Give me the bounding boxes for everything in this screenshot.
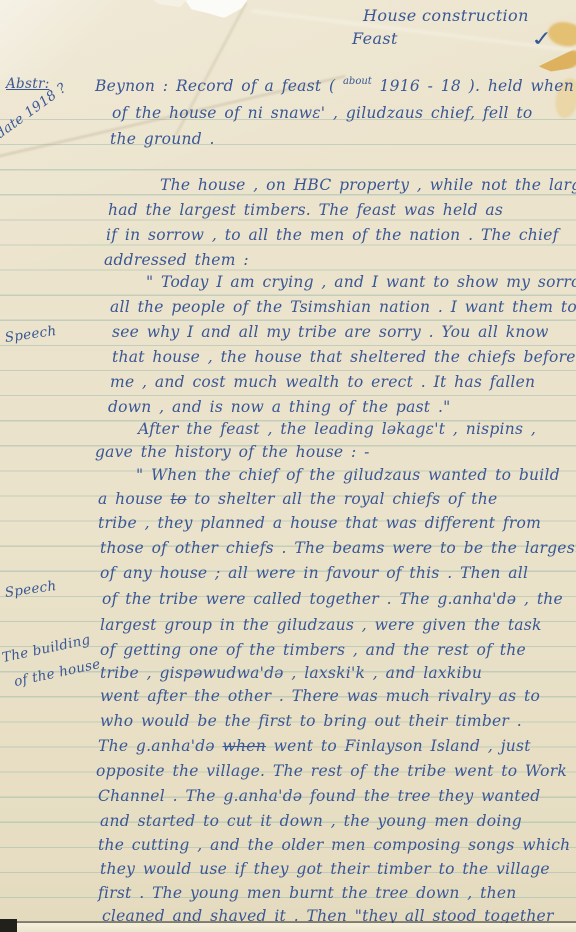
text-run: a house [98, 490, 171, 508]
text-run: of the house of ni snawɛ' , giludzaus ch… [112, 104, 532, 122]
struck-out-word: to [171, 490, 187, 508]
handwritten-line: went after the other . There was much ri… [100, 687, 540, 705]
text-run: Beynon : Record of a feast ( [95, 77, 343, 95]
text-run: gave the history of the house : - [95, 443, 370, 461]
handwritten-line: Channel . The g.anha'də found the tree t… [98, 787, 540, 805]
handwritten-line: tribe , they planned a house that was di… [98, 514, 541, 532]
text-run: had the largest timbers. The feast was h… [108, 201, 503, 219]
handwritten-line: who would be the first to bring out thei… [100, 712, 522, 730]
text-run: the cutting , and the older men composin… [98, 836, 570, 854]
checkmark-annotation: ✓ [529, 27, 554, 52]
handwritten-line: tribe , gispəwudwa'də , laxski'k , and l… [100, 664, 482, 682]
text-run: tribe , gispəwudwa'də , laxski'k , and l… [100, 664, 482, 682]
handwritten-line: those of other chiefs . The beams were t… [100, 539, 576, 557]
stain [536, 47, 576, 77]
manuscript-page: House construction Feast ✓ Abstr:date 19… [0, 0, 576, 932]
text-run: me , and cost much wealth to erect . It … [110, 373, 535, 391]
paper-tear [182, 0, 250, 18]
margin-note-speech-2: Speech [4, 578, 58, 601]
header-title-line1: House construction [363, 6, 529, 25]
handwritten-line: that house , the house that sheltered th… [112, 348, 576, 366]
text-run: see why I and all my tribe are sorry . Y… [112, 323, 549, 341]
paper-tear [150, 0, 190, 7]
margin-note-speech-1: Speech [4, 323, 58, 346]
handwritten-line: The house , on HBC property , while not … [160, 176, 576, 194]
text-run: down , and is now a thing of the past ." [108, 398, 451, 416]
text-run: who would be the first to bring out thei… [100, 712, 522, 730]
text-run: first . The young men burnt the tree dow… [98, 884, 517, 902]
text-run: that house , the house that sheltered th… [112, 348, 576, 366]
handwritten-line: of the tribe were called together . The … [102, 590, 563, 608]
handwritten-line: the ground . [110, 130, 215, 148]
text-run: addressed them : [104, 251, 249, 269]
handwritten-line: if in sorrow , to all the men of the nat… [106, 226, 559, 244]
text-run: the ground . [110, 130, 215, 148]
handwritten-line: of any house ; all were in favour of thi… [100, 564, 528, 582]
handwritten-line: of the house of ni snawɛ' , giludzaus ch… [112, 104, 532, 122]
superscript-note: about [343, 76, 372, 87]
handwritten-line: " Today I am crying , and I want to show… [146, 273, 576, 291]
header-title-line2: Feast [352, 29, 398, 48]
next-page-edge [0, 923, 576, 932]
handwritten-line: see why I and all my tribe are sorry . Y… [112, 323, 549, 341]
handwritten-line: down , and is now a thing of the past ." [108, 398, 451, 416]
handwritten-line: gave the history of the house : - [95, 443, 370, 461]
text-run: went after the other . There was much ri… [100, 687, 540, 705]
text-run: if in sorrow , to all the men of the nat… [106, 226, 559, 244]
text-run: of the tribe were called together . The … [102, 590, 563, 608]
margin-note-abstr: Abstr: [6, 76, 50, 92]
handwritten-line: me , and cost much wealth to erect . It … [110, 373, 535, 391]
handwritten-line: largest group in the giludzaus , were gi… [100, 616, 542, 634]
text-run: of getting one of the timbers , and the … [100, 641, 526, 659]
corner-fold-highlight [0, 0, 120, 80]
handwritten-line: The g.anha'də when went to Finlayson Isl… [98, 737, 531, 755]
handwritten-line: all the people of the Tsimshian nation .… [110, 298, 576, 316]
text-run: they would use if they got their timber … [100, 860, 550, 878]
handwritten-line: they would use if they got their timber … [100, 860, 550, 878]
text-run: tribe , they planned a house that was di… [98, 514, 541, 532]
handwritten-line: of getting one of the timbers , and the … [100, 641, 526, 659]
text-run: " When the chief of the giludzaus wanted… [136, 466, 560, 484]
text-run: 1916 - 18 ). held when the ruins [372, 77, 576, 95]
text-run: Channel . The g.anha'də found the tree t… [98, 787, 540, 805]
handwritten-line: had the largest timbers. The feast was h… [108, 201, 503, 219]
handwritten-line: After the feast , the leading ləkagɛ't ,… [138, 420, 536, 438]
struck-out-word: when [223, 737, 266, 755]
handwritten-line: and started to cut it down , the young m… [100, 812, 522, 830]
handwritten-line: " When the chief of the giludzaus wanted… [136, 466, 560, 484]
scan-shadow-corner [0, 919, 17, 932]
text-run: went to Finlayson Island , just [266, 737, 531, 755]
handwritten-line: Beynon : Record of a feast ( about 1916 … [95, 77, 576, 95]
text-run: to shelter all the royal chiefs of the [187, 490, 498, 508]
text-run: The g.anha'də [98, 737, 223, 755]
text-run: largest group in the giludzaus , were gi… [100, 616, 542, 634]
text-run: and started to cut it down , the young m… [100, 812, 522, 830]
text-run: " Today I am crying , and I want to show… [146, 273, 576, 291]
text-run: all the people of the Tsimshian nation .… [110, 298, 576, 316]
handwritten-line: first . The young men burnt the tree dow… [98, 884, 517, 902]
text-run: opposite the village. The rest of the tr… [96, 762, 567, 780]
text-run: After the feast , the leading ləkagɛ't ,… [138, 420, 536, 438]
handwritten-line: a house to to shelter all the royal chie… [98, 490, 497, 508]
text-run: The house , on HBC property , while not … [160, 176, 576, 194]
handwritten-line: the cutting , and the older men composin… [98, 836, 570, 854]
handwritten-line: opposite the village. The rest of the tr… [96, 762, 567, 780]
handwritten-line: addressed them : [104, 251, 249, 269]
text-run: those of other chiefs . The beams were t… [100, 539, 576, 557]
text-run: of any house ; all were in favour of thi… [100, 564, 528, 582]
